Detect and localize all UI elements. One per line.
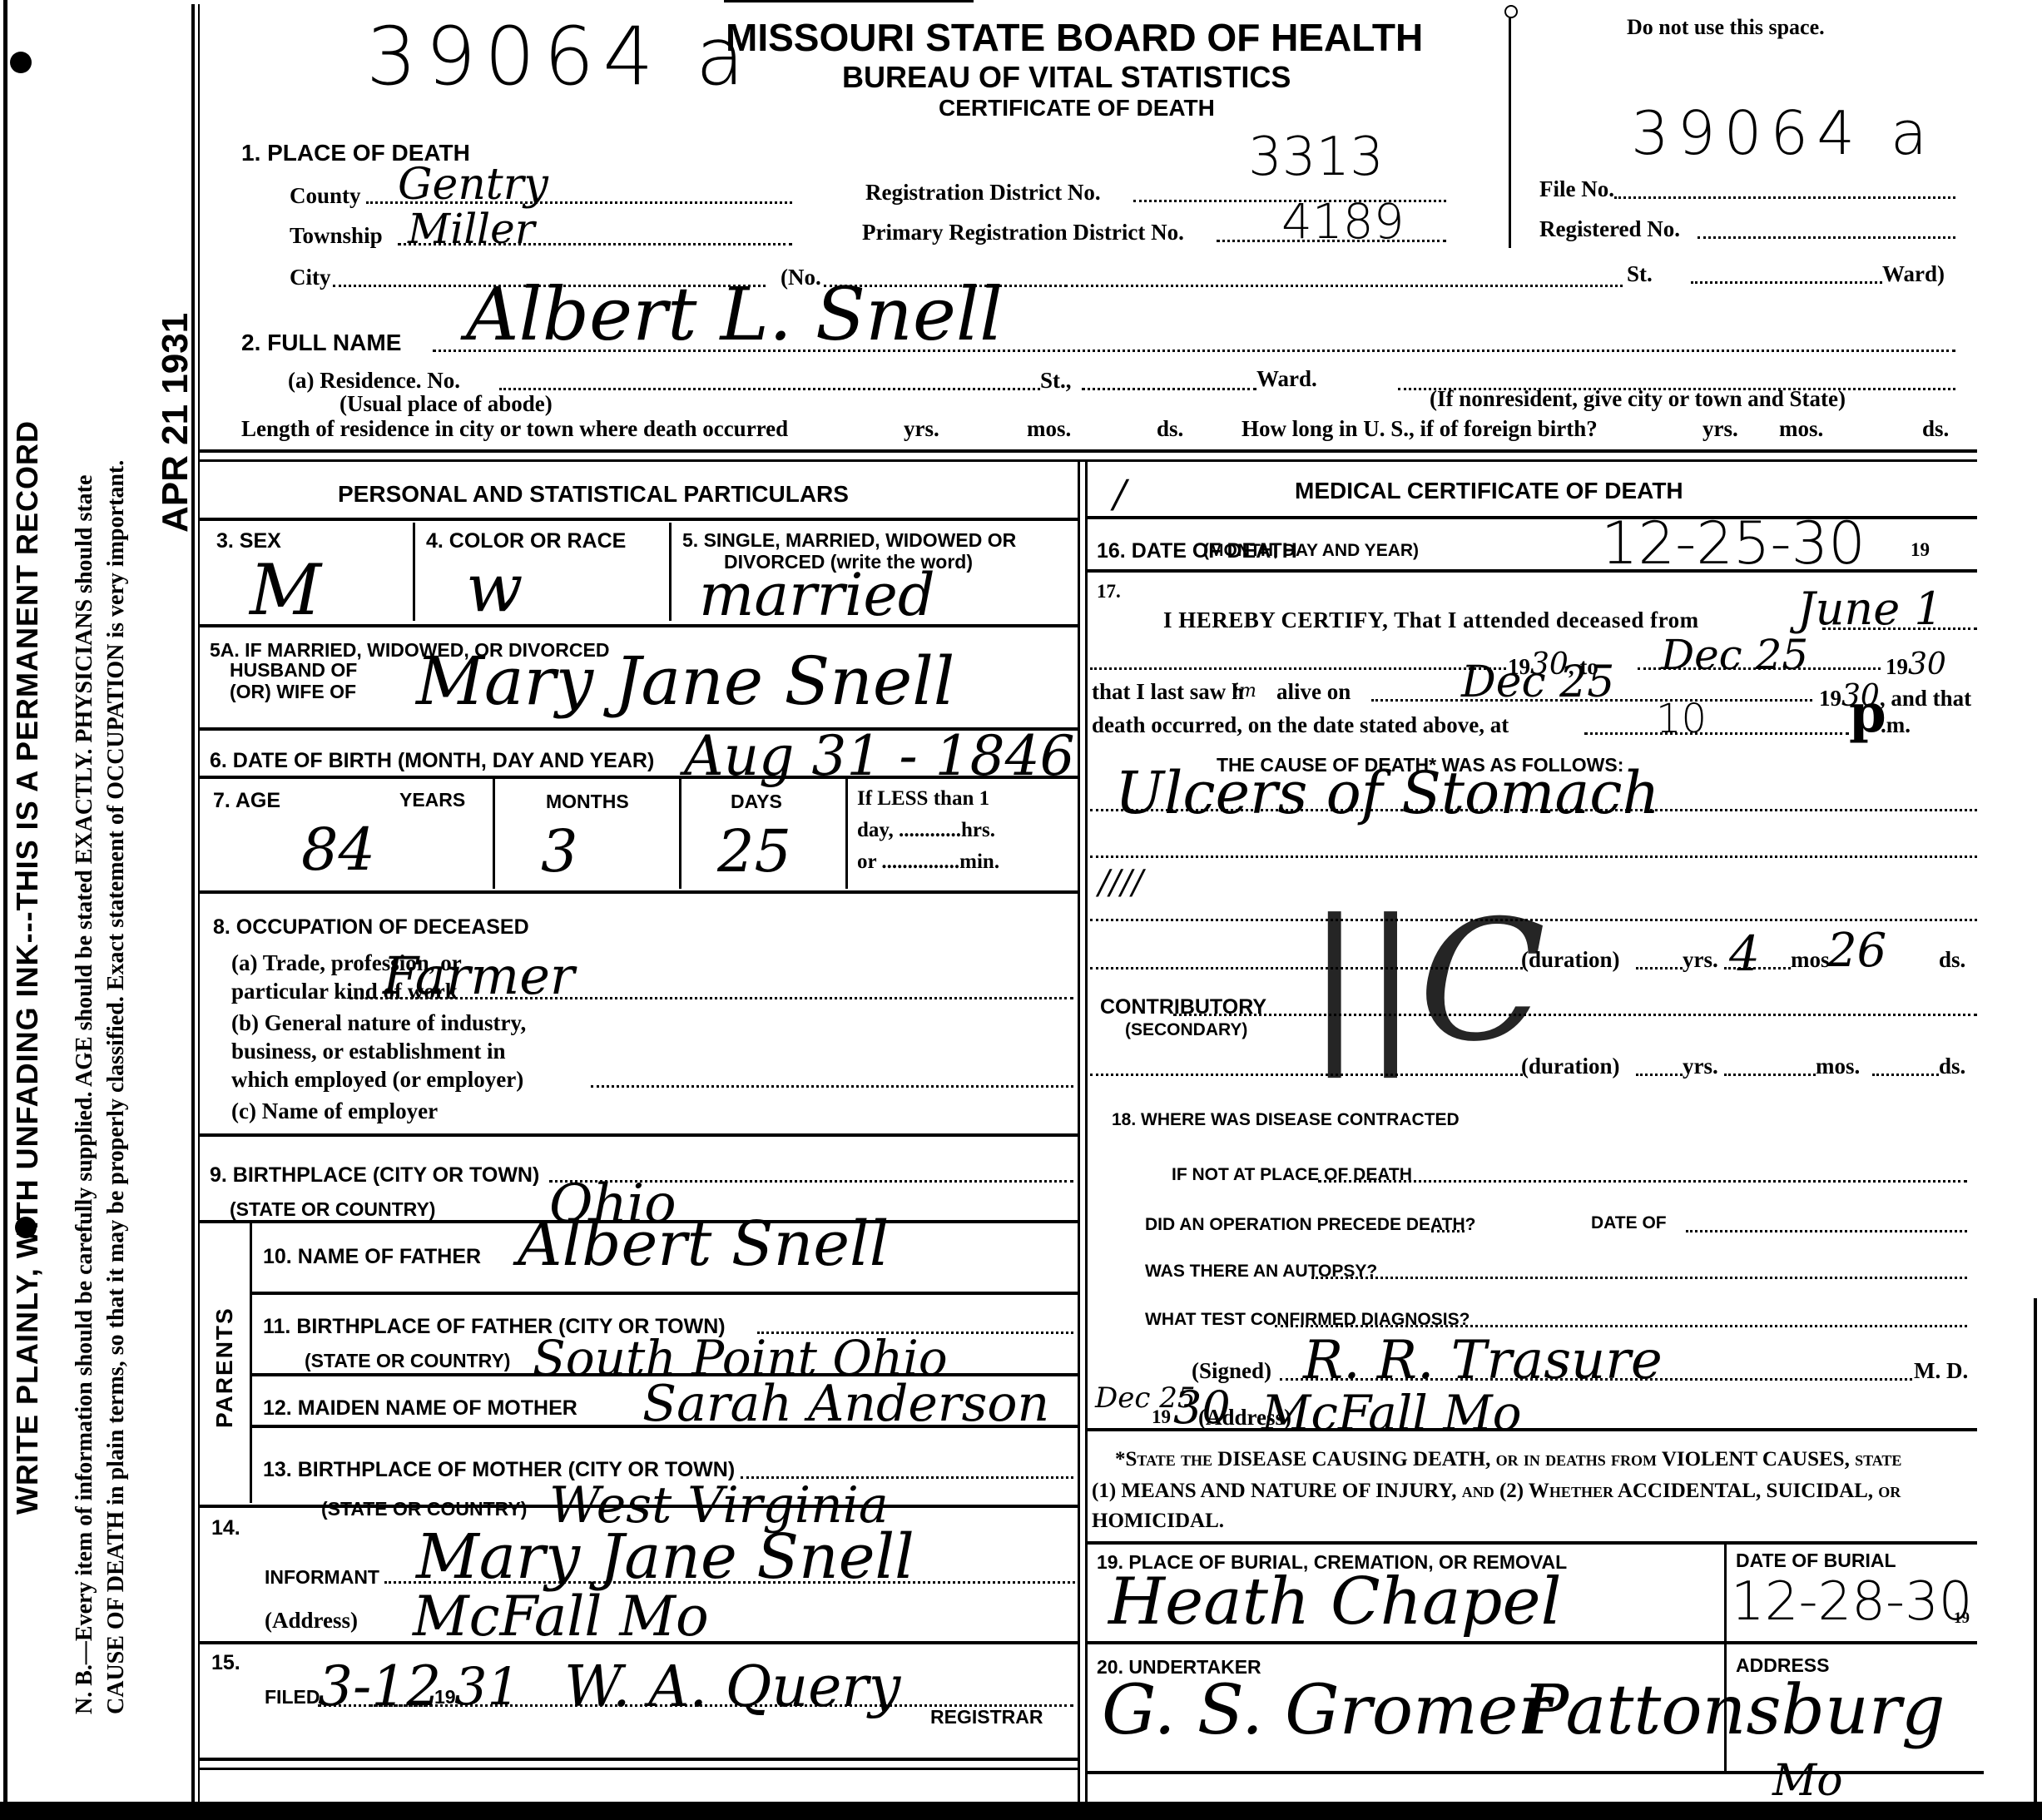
file-no-line [1614,196,1955,199]
informant-value[interactable]: Mary Jane Snell [416,1521,914,1593]
reg-district-value[interactable]: 3313 [1248,126,1384,188]
reg-district-label: Registration District No. [865,180,1101,206]
contributory-sub-label: (SECONDARY) [1125,1020,1247,1040]
registrar-signature[interactable]: W. A. Query [564,1654,900,1720]
residence-sub-label: (Usual place of abode) [340,391,553,417]
less-than-label-2: day, ............hrs. [857,819,995,842]
parents-divider [250,1223,252,1503]
father-name-value[interactable]: Albert Snell [518,1208,889,1280]
township-value[interactable]: Miller [408,205,535,253]
burial-place-value[interactable]: Heath Chapel [1108,1565,1562,1639]
marital-label-1: 5. SINGLE, MARRIED, WIDOWED OR [682,529,1016,552]
occupation-b-label-1: (b) General nature of industry, [231,1010,526,1036]
age-days-label: DAYS [731,791,782,813]
informant-address-value[interactable]: McFall Mo [413,1584,709,1649]
autopsy-line [1311,1277,1967,1279]
personal-section-title: PERSONAL AND STATISTICAL PARTICULARS [338,481,849,508]
street-st-label: St. [1627,261,1653,287]
foreign-mos-label: mos. [1779,416,1823,442]
occupation-b-label-2: business, or establishment in [231,1039,506,1064]
left-bottom-rule-2 [200,1768,1078,1770]
contributory-line-1 [1173,1014,1977,1016]
note-line-1: *State the DISEASE CAUSING DEATH, or in … [1115,1448,1901,1471]
time-value[interactable]: 10 [1656,696,1707,742]
race-label: 4. COLOR OR RACE [426,529,626,553]
operation-line [1431,1230,1465,1232]
age-days-divider [845,779,848,889]
full-name-label: 2. FULL NAME [241,330,401,356]
certify-text: I HEREBY CERTIFY, That I attended deceas… [1163,607,1699,633]
form-certificate-title: CERTIFICATE OF DEATH [939,95,1215,121]
marital-value[interactable]: married [699,561,935,629]
age-months-label: MONTHS [546,791,629,813]
county-value[interactable]: Gentry [398,160,548,210]
spouse-value[interactable]: Mary Jane Snell [416,642,954,720]
foreign-ds-label: ds. [1922,416,1949,442]
last-saw-year-group: 1930, and that [1819,679,1971,713]
row6-bottom-rule [200,776,1078,779]
attended-from-value[interactable]: June 1 [1797,583,1943,635]
cause-line-1 [1090,809,1977,811]
row7-bottom-rule [200,890,1078,894]
margin-instruction-cause: CAUSE OF DEATH in plain terms, so that i… [103,460,130,1714]
filed-year-value[interactable]: 31 [454,1656,520,1717]
cause-value[interactable]: Ulcers of Stomach [1115,759,1660,827]
duration2-mos-label: mos. [1816,1054,1860,1079]
note-line-3: HOMICIDAL. [1092,1510,1224,1533]
signed-value[interactable]: R. R. Trasure [1303,1330,1663,1391]
row10-bottom-rule [250,1292,1078,1295]
note-bottom-rule [1085,1541,1977,1545]
informant-label: INFORMANT [265,1566,379,1589]
registrar-label: REGISTRAR [930,1706,1043,1728]
margin-instruction-main: WRITE PLAINLY, WITH UNFADING INK---THIS … [10,420,45,1515]
filed-label: FILED [265,1686,320,1708]
file-number-right: 39064 a [1631,98,1935,168]
foreign-birth-label: How long in U. S., if of foreign birth? [1242,416,1598,442]
ward-label: Ward) [1882,261,1945,287]
duration-mos-value[interactable]: 4 [1729,925,1760,982]
length-yrs-label: yrs. [904,416,939,442]
form-title: MISSOURI STATE BOARD OF HEALTH [726,15,1423,60]
dod-19-label: 19 [1911,539,1930,561]
age-label: 7. AGE [213,789,280,813]
attended-to-value[interactable]: Dec 25 [1661,631,1808,679]
age-days-value[interactable]: 25 [717,817,791,885]
sex-value[interactable]: M [250,549,321,631]
primary-reg-label: Primary Registration District No. [862,220,1184,245]
last-saw-him-value[interactable]: im [1233,681,1256,702]
row19-bottom-rule [1085,1641,1977,1644]
header-bottom-rule [200,449,1977,453]
last-saw-label: that I last saw h [1092,679,1244,705]
md-label: M. D. [1914,1358,1968,1384]
street-line [1065,285,1623,287]
spouse-label-2: HUSBAND OF [230,659,357,682]
not-at-place-line [1318,1180,1967,1183]
duration2-yrs-line [1636,1074,1683,1076]
duration2-ds-line [1872,1074,1939,1076]
operation-date-label: DATE OF [1591,1213,1667,1233]
last-saw-date-value[interactable]: Dec 25 [1461,657,1614,707]
foreign-yrs-label: yrs. [1702,416,1738,442]
contributory-line-2 [1090,1074,1523,1076]
row16-bottom-rule [1085,569,1977,573]
bottom-dark-band [0,1802,2042,1820]
center-divider-2 [1085,459,1088,1802]
burial-date-value[interactable]: 12-28-30 [1731,1571,1973,1633]
signature-bottom-rule [1085,1428,1977,1431]
birthplace-state-label: (STATE OR COUNTRY) [230,1198,435,1221]
occupation-c-label: (c) Name of employer [231,1098,438,1124]
age-months-divider [679,779,681,889]
do-not-use-note: Do not use this space. [1627,15,1825,40]
margin-instruction-nb: N. B.—Every item of information should b… [72,475,98,1714]
filed-date-value[interactable]: 3-12 [318,1654,441,1718]
ward-line [1691,281,1882,284]
attended-from-line-2 [1090,667,1506,670]
m-label: .m. [1881,712,1911,738]
contributory-scribble: ||C [1306,899,1546,1065]
certify-number: 17. [1097,581,1121,603]
row8-bottom-rule [200,1133,1078,1137]
residence-line [499,388,1040,390]
length-of-residence-label: Length of residence in city or town wher… [241,416,788,442]
file-no-label: File No. [1539,176,1614,202]
spouse-label-3: (OR) WIFE OF [230,681,356,703]
file-number-top-left: 39064 a [366,10,753,103]
county-label: County [290,183,361,209]
signed-label: (Signed) [1192,1358,1271,1384]
left-bottom-rule [200,1758,1078,1761]
less-than-label-3: or ...............min. [857,850,999,874]
age-years-value[interactable]: 84 [301,816,375,884]
duration-ds-value[interactable]: 26 [1827,924,1886,978]
row3-bottom-rule [200,624,1078,627]
undertaker-value[interactable]: G. S. Gromer [1102,1671,1551,1750]
informant-number: 14. [211,1516,240,1540]
residence-ward-line [1082,388,1256,390]
form-left-border-inner [198,4,200,1802]
header-divider-cap [1504,5,1518,18]
length-ds-label: ds. [1157,416,1183,442]
right-border [2034,1298,2037,1802]
cause-scribble: //// [1098,864,1143,902]
residence-ward-label: Ward. [1256,366,1317,392]
race-value[interactable]: w [466,549,523,627]
duration-yrs-line [1636,967,1683,970]
occurred-label: death occurred, on the date stated above… [1092,712,1509,738]
physician-address-value[interactable]: McFall Mo [1261,1385,1522,1441]
mother-birthplace-state-label: (STATE OR COUNTRY) [321,1498,527,1520]
length-mos-label: mos. [1027,416,1071,442]
undertaker-state-value[interactable]: Mo [1772,1756,1843,1806]
year-prefix-to: 19 [1886,654,1908,679]
duration-ds-label: ds. [1939,947,1965,973]
parents-label: PARENTS [211,1307,238,1428]
attended-to-year-value[interactable]: 30 [1908,647,1946,682]
medical-mark: / [1113,471,1127,516]
dod-sub-label: (MONTH, DAY AND YEAR) [1203,541,1419,561]
occupation-a-value[interactable]: Farmer [383,945,575,1006]
row14-bottom-rule [200,1641,1078,1644]
duration-yrs-label: yrs. [1683,947,1718,973]
primary-reg-value[interactable]: 4189 [1281,193,1405,250]
center-divider [1078,459,1080,1802]
header-bottom-rule-2 [200,459,1977,462]
registered-no-line [1698,236,1955,239]
duration-mos-label: mos [1791,947,1830,973]
and-that-label: and that [1891,686,1971,711]
sex-race-divider [413,523,415,621]
occupation-b-label-3: which employed (or employer) [231,1067,523,1093]
year-prefix-last: 19 [1819,686,1841,711]
father-birthplace-state-label: (STATE OR COUNTRY) [305,1350,510,1372]
top-border [724,0,974,2]
duration2-label: (duration) [1521,1054,1620,1079]
township-label: Township [290,223,383,249]
burial-date-label: DATE OF BURIAL [1736,1550,1896,1572]
full-name-value[interactable]: Albert L. Snell [466,271,1003,357]
personal-title-rule [200,518,1078,521]
row12-bottom-rule [250,1425,1078,1428]
filed-number: 15. [211,1651,240,1675]
operation-label: DID AN OPERATION PRECEDE DEATH? [1145,1215,1475,1235]
sign-year-prefix: 19 [1152,1406,1171,1428]
race-marital-divider [669,523,672,621]
attended-to-year-group: 1930 [1886,647,1946,682]
informant-address-label: (Address) [265,1608,358,1634]
row13-bottom-rule [200,1505,1078,1508]
dob-label: 6. DATE OF BIRTH (MONTH, DAY AND YEAR) [210,749,654,773]
residence-st-label: St., [1040,368,1072,394]
medical-section-title: MEDICAL CERTIFICATE OF DEATH [1295,478,1683,504]
occupation-label: 8. OCCUPATION OF DECEASED [213,915,529,940]
less-than-label-1: If LESS than 1 [857,787,989,811]
header-divider [1509,7,1511,248]
father-name-label: 10. NAME OF FATHER [263,1245,481,1269]
margin-edge-line [3,0,7,1802]
dod-value[interactable]: 12-25-30 [1601,509,1866,578]
time-line [1584,732,1849,735]
mother-name-label: 12. MAIDEN NAME OF MOTHER [263,1396,577,1421]
duration2-mos-line [1724,1074,1816,1076]
city-label: City [290,265,331,290]
duration2-ds-label: ds. [1939,1054,1965,1079]
undertaker-address-value[interactable]: Pattonsburg [1523,1671,1945,1750]
birthplace-label: 9. BIRTHPLACE (CITY OR TOWN) [210,1163,539,1188]
received-date-stamp: APR 21 1931 [155,313,196,533]
left-margin-strip: WRITE PLAINLY, WITH UNFADING INK---THIS … [0,0,191,1820]
alive-on-label: alive on [1276,679,1351,705]
note-line-2: (1) MEANS AND NATURE OF INJURY, and (2) … [1092,1480,1901,1503]
nonresident-note: (If nonresident, give city or town and S… [1430,386,1846,412]
punch-hole-mark [10,52,32,73]
disease-contracted-label: 18. WHERE WAS DISEASE CONTRACTED [1112,1110,1460,1130]
age-months-value[interactable]: 3 [541,817,578,885]
form-left-border [191,4,195,1802]
burial-19-label: 19 [1954,1609,1970,1628]
age-years-divider [493,779,495,889]
registered-no-label: Registered No. [1539,216,1680,242]
form-subtitle: BUREAU OF VITAL STATISTICS [842,60,1291,95]
residence-label: (a) Residence. No. [288,368,460,394]
operation-date-line [1686,1230,1967,1232]
occupation-b-line [591,1085,1073,1088]
age-years-label: YEARS [399,789,465,811]
cause-line-2 [1090,855,1977,858]
row20-bottom-rule [1085,1771,1984,1774]
test-line [1275,1325,1967,1327]
duration2-yrs-label: yrs. [1683,1054,1718,1079]
